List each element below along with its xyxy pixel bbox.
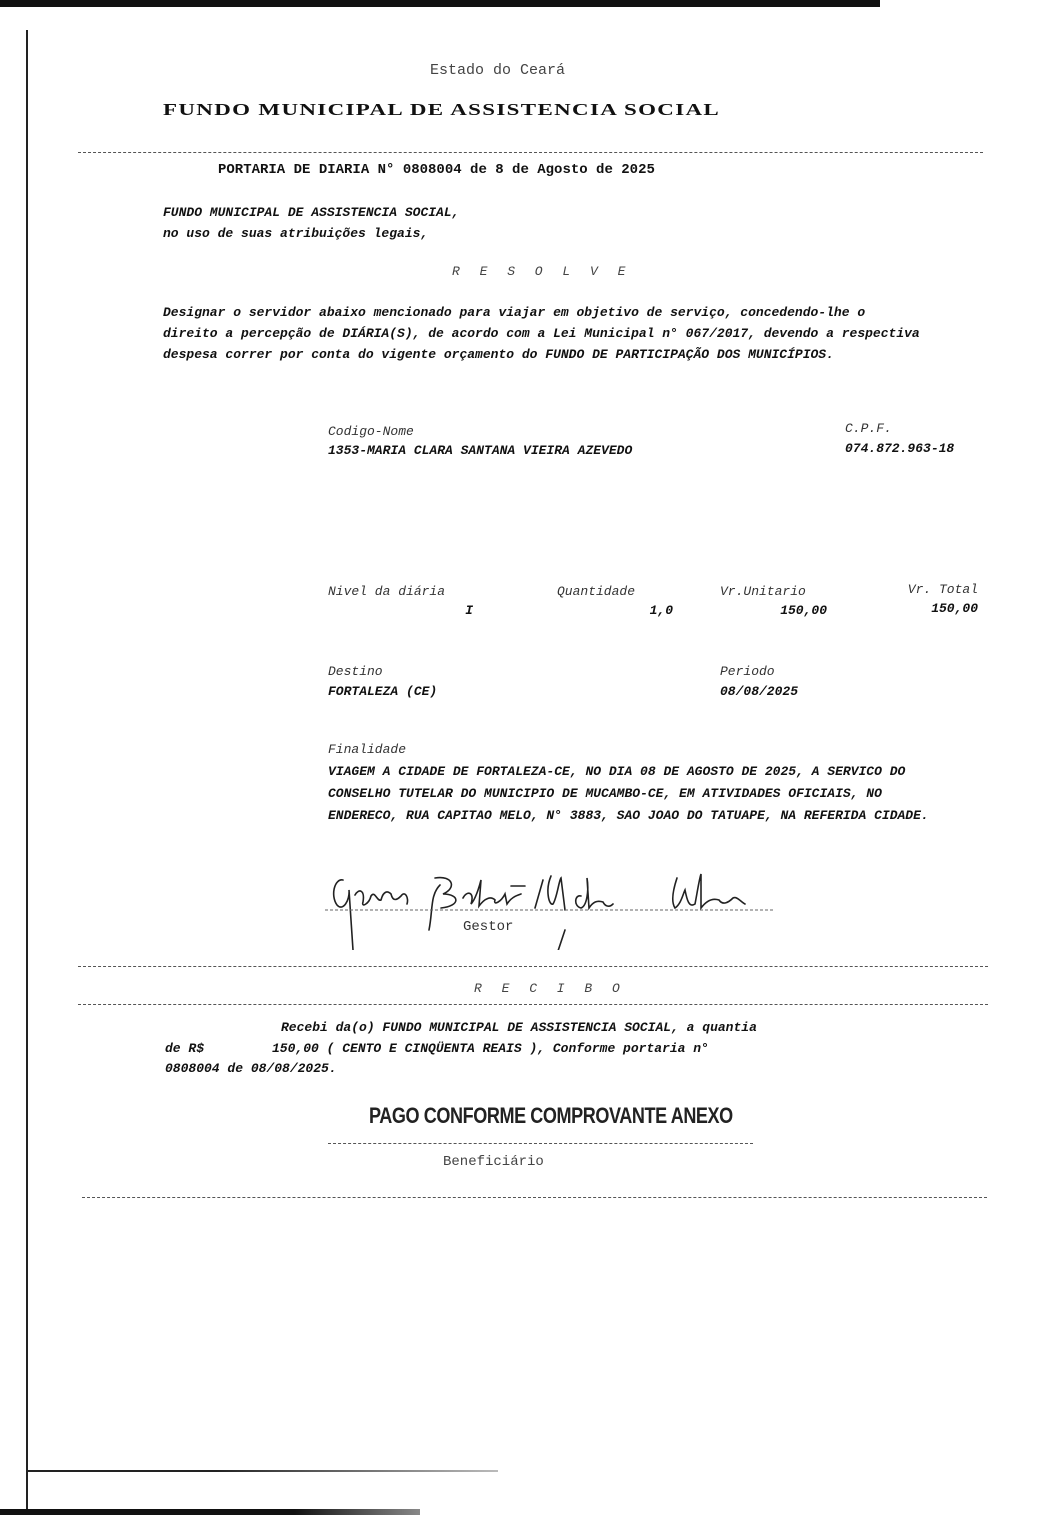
cpf-label: C.P.F. xyxy=(845,421,892,436)
recibo-line-3: 0808004 de 08/08/2025. xyxy=(165,1061,337,1076)
nivel-value: I xyxy=(328,603,473,618)
portaria-title: PORTARIA DE DIARIA N° 0808004 de 8 de Ag… xyxy=(218,162,655,178)
recibo-line-1: Recebi da(o) FUNDO MUNICIPAL DE ASSISTEN… xyxy=(281,1020,757,1035)
scan-border-left xyxy=(26,30,28,1515)
nivel-label: Nivel da diária xyxy=(328,584,445,599)
code-name-label: Codigo-Nome xyxy=(328,424,414,439)
code-name-value: 1353-MARIA CLARA SANTANA VIEIRA AZEVEDO xyxy=(328,443,632,458)
finalidade-label: Finalidade xyxy=(328,742,406,757)
divider xyxy=(78,1004,988,1005)
destino-label: Destino xyxy=(328,664,383,679)
destino-value: FORTALEZA (CE) xyxy=(328,684,437,699)
organization-title: FUNDO MUNICIPAL DE ASSISTENCIA SOCIAL xyxy=(163,100,720,120)
resolve-heading: R E S O L V E xyxy=(452,264,631,279)
periodo-label: Periodo xyxy=(720,664,775,679)
finalidade-text: VIAGEM A CIDADE DE FORTALEZA-CE, NO DIA … xyxy=(328,761,958,827)
recibo-line-2: 150,00 ( CENTO E CINQÜENTA REAIS ), Conf… xyxy=(272,1041,709,1056)
signature-block: Gestor xyxy=(325,850,785,955)
unitario-label: Vr.Unitario xyxy=(720,584,806,599)
paid-stamp: PAGO CONFORME COMPROVANTE ANEXO xyxy=(369,1103,733,1129)
recibo-heading: R E C I B O xyxy=(474,981,626,996)
total-label: Vr. Total xyxy=(880,582,978,597)
preamble-line-2: no uso de suas atribuições legais, xyxy=(163,226,428,241)
resolution-text: Designar o servidor abaixo mencionado pa… xyxy=(163,302,923,365)
quantidade-label: Quantidade xyxy=(557,584,635,599)
signature-role: Gestor xyxy=(463,919,513,935)
divider xyxy=(78,966,988,967)
scan-border-top xyxy=(0,0,880,7)
state-name: Estado do Ceará xyxy=(430,62,565,79)
recibo-currency: de R$ xyxy=(165,1041,204,1056)
scan-border-bottom xyxy=(0,1509,420,1515)
beneficiary-label: Beneficiário xyxy=(443,1154,544,1170)
total-value: 150,00 xyxy=(880,601,978,616)
handwritten-signature xyxy=(325,850,785,950)
periodo-value: 08/08/2025 xyxy=(720,684,798,699)
divider xyxy=(82,1197,987,1198)
cpf-value: 074.872.963-18 xyxy=(845,441,954,456)
scan-bottom-rule xyxy=(28,1470,498,1472)
preamble-line-1: FUNDO MUNICIPAL DE ASSISTENCIA SOCIAL, xyxy=(163,205,459,220)
divider xyxy=(78,152,983,153)
unitario-value: 150,00 xyxy=(720,603,827,618)
beneficiary-signature-line xyxy=(328,1143,753,1144)
quantidade-value: 1,0 xyxy=(557,603,673,618)
